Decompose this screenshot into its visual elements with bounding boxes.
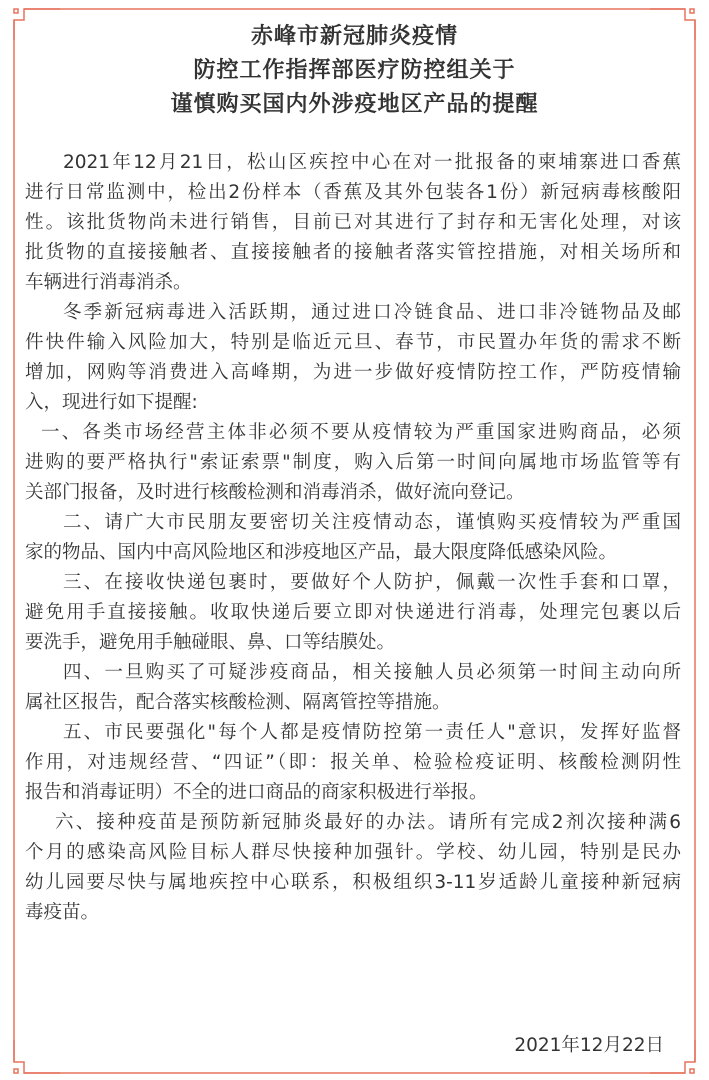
text-line: 关部门报备，及时进行核酸检测和消毒消杀，做好流向登记。 [25, 478, 681, 508]
text-line: 二、请广大市民朋友要密切关注疫情动态，谨慎购买疫情较为严重国 [25, 508, 681, 538]
paragraph-incident: 2021年12月21日，松山区疾控中心在对一批报备的柬埔寨进口香蕉 进行日常监测… [25, 148, 681, 298]
text-line: 毒疫苗。 [25, 898, 681, 928]
text-line: 作用，对违规经营、“四证”（即：报关单、检验检疫证明、核酸检测阴性 [25, 748, 681, 778]
text-line: 避免用手直接接触。收取快递后要立即对快递进行消毒，处理完包裹以后 [25, 598, 681, 628]
corner-square-icon [690, 9, 694, 13]
text-line: 属社区报告，配合落实核酸检测、隔离管控等措施。 [25, 688, 681, 718]
text-line: 四、一旦购买了可疑涉疫商品，相关接触人员必须第一时间主动向所 [25, 658, 681, 688]
text-line: 报告和消毒证明）不全的进口商品的商家积极进行举报。 [25, 778, 681, 808]
paragraph-item-5: 五、市民要强化"每个人都是疫情防控第一责任人"意识，发挥好监督 作用，对违规经营… [25, 718, 681, 808]
paragraph-item-1: 一、各类市场经营主体非必须不要从疫情较为严重国家进购商品，必须 进购的要严格执行… [25, 418, 681, 508]
text-line: 五、市民要强化"每个人都是疫情防控第一责任人"意识，发挥好监督 [25, 718, 681, 748]
notice-body: 2021年12月21日，松山区疾控中心在对一批报备的柬埔寨进口香蕉 进行日常监测… [25, 148, 681, 928]
text-line: 幼儿园要尽快与属地疾控中心联系，积极组织3-11岁适龄儿童接种新冠病 [25, 868, 681, 898]
text-line: 性。该批货物尚未进行销售，目前已对其进行了封存和无害化处理，对该 [25, 208, 681, 238]
text-line: 批货物的直接接触者、直接接触者的接触者落实管控措施，对相关场所和 [25, 238, 681, 268]
text-line: 进购的要严格执行"索证索票"制度，购入后第一时间向属地市场监管等有 [25, 448, 681, 478]
text-line: 入，现进行如下提醒: [25, 388, 681, 418]
text-line: 个月的感染高风险目标人群尽快接种加强针。学校、幼儿园，特别是民办 [25, 838, 681, 868]
title-line: 防控工作指挥部医疗防控组关于 [0, 54, 709, 88]
title-line: 谨慎购买国内外涉疫地区产品的提醒 [0, 88, 709, 122]
text-line: 车辆进行消毒消杀。 [25, 268, 681, 298]
text-line: 要洗手，避免用手触碰眼、鼻、口等结膜处。 [25, 628, 681, 658]
corner-square-icon [690, 1069, 694, 1073]
title-line: 赤峰市新冠肺炎疫情 [0, 20, 709, 54]
text-line: 增加，网购等消费进入高峰期，为进一步做好疫情防控工作，严防疫情输 [25, 358, 681, 388]
text-line: 2021年12月21日，松山区疾控中心在对一批报备的柬埔寨进口香蕉 [25, 148, 681, 178]
text-line: 三、在接收快递包裹时，要做好个人防护，佩戴一次性手套和口罩， [25, 568, 681, 598]
text-line: 一、各类市场经营主体非必须不要从疫情较为严重国家进购商品，必须 [25, 418, 681, 448]
corner-square-icon [14, 9, 18, 13]
paragraph-item-6: 六、接种疫苗是预防新冠肺炎最好的办法。请所有完成2剂次接种满6 个月的感染高风险… [25, 808, 681, 928]
issue-date: 2021年12月22日 [514, 1031, 664, 1061]
text-line: 家的物品、国内中高风险地区和涉疫地区产品，最大限度降低感染风险。 [25, 538, 681, 568]
paragraph-item-3: 三、在接收快递包裹时，要做好个人防护，佩戴一次性手套和口罩， 避免用手直接接触。… [25, 568, 681, 658]
paragraph-item-4: 四、一旦购买了可疑涉疫商品，相关接触人员必须第一时间主动向所 属社区报告，配合落… [25, 658, 681, 718]
text-line: 六、接种疫苗是预防新冠肺炎最好的办法。请所有完成2剂次接种满6 [25, 808, 681, 838]
text-line: 冬季新冠病毒进入活跃期，通过进口冷链食品、进口非冷链物品及邮 [25, 298, 681, 328]
paragraph-item-2: 二、请广大市民朋友要密切关注疫情动态，谨慎购买疫情较为严重国 家的物品、国内中高… [25, 508, 681, 568]
text-line: 件快件输入风险加大，特别是临近元旦、春节，市民置办年货的需求不断 [25, 328, 681, 358]
corner-square-icon [14, 1069, 18, 1073]
paragraph-background: 冬季新冠病毒进入活跃期，通过进口冷链食品、进口非冷链物品及邮 件快件输入风险加大… [25, 298, 681, 418]
notice-title: 赤峰市新冠肺炎疫情 防控工作指挥部医疗防控组关于 谨慎购买国内外涉疫地区产品的提… [0, 20, 709, 122]
text-line: 进行日常监测中，检出2份样本（香蕉及其外包装各1份）新冠病毒核酸阳 [25, 178, 681, 208]
